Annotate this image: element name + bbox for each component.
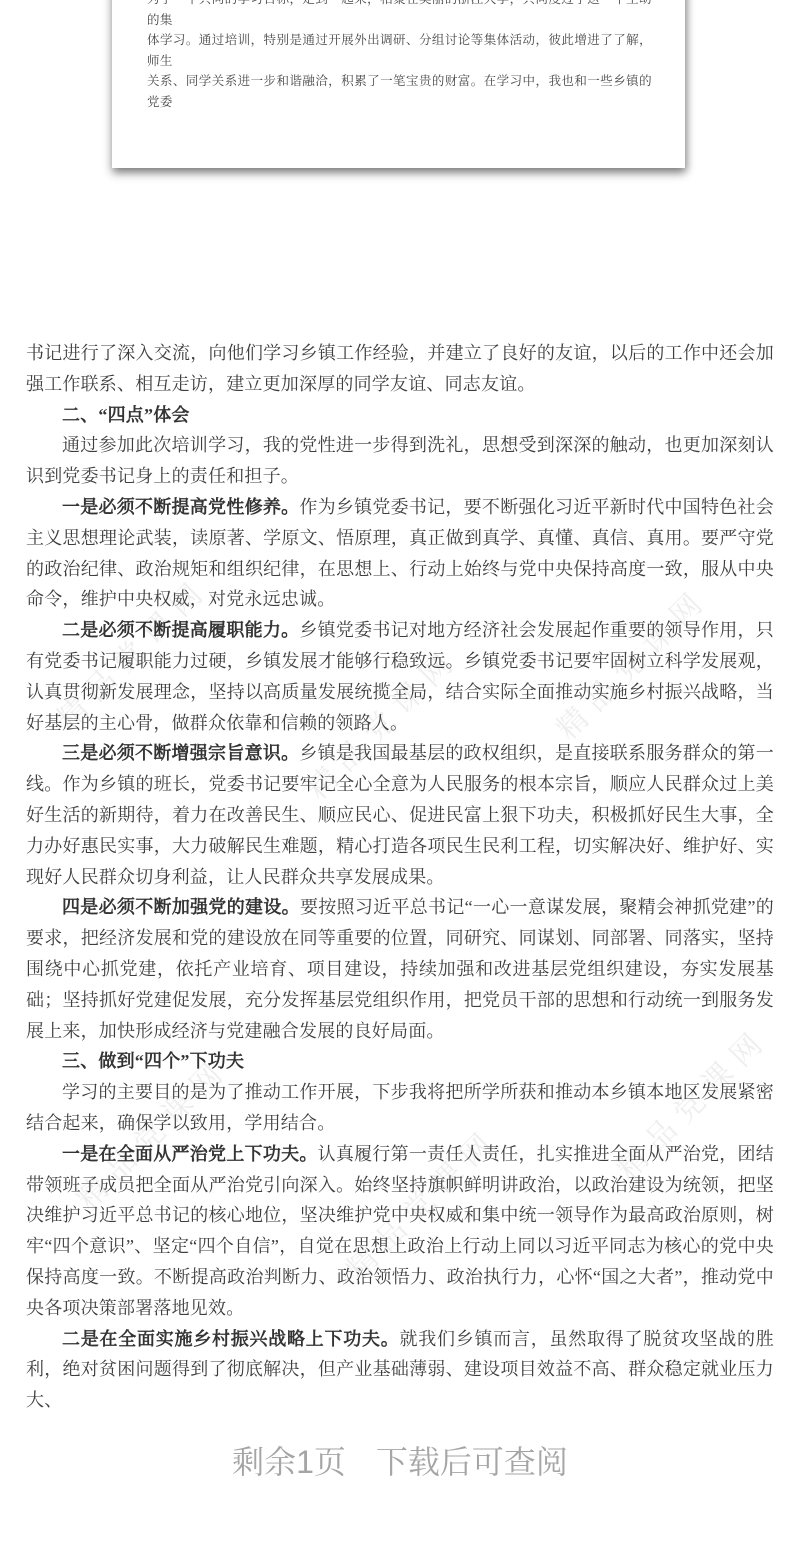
paragraph: 通过参加此次培训学习，我的党性进一步得到洗礼，思想受到深深的触动，也更加深刻认识… <box>26 430 774 492</box>
remaining-pages-notice: 剩余1页下载后可查阅 <box>0 1437 800 1483</box>
paragraph: 学习的主要目的是为了推动工作开展，下步我将把所学所获和推动本乡镇本地区发展紧密结… <box>26 1077 774 1139</box>
page-preview-text: 为了一个共同的学习目标，走到一起来，相聚在美丽的浙江大学，共同度过了这一个生动的… <box>112 0 685 112</box>
paragraph-lead: 二是必须不断提高履职能力。 <box>62 620 299 640</box>
preview-line: 体学习。通过培训，特别是通过开展外出调研、分组讨论等集体活动，彼此增进了了解，师… <box>147 30 652 71</box>
paragraph: 一是在全面从严治党上下功夫。认真履行第一责任人责任，扎实推进全面从严治党，团结带… <box>26 1139 774 1324</box>
download-to-view-hint: 下载后可查阅 <box>376 1444 568 1480</box>
paragraph: 二是必须不断提高履职能力。乡镇党委书记对地方经济社会发展起作重要的领导作用，只有… <box>26 615 774 738</box>
document-body: 书记进行了深入交流，向他们学习乡镇工作经验，并建立了良好的友谊，以后的工作中还会… <box>26 338 774 1416</box>
paragraph: 一是必须不断提高党性修养。作为乡镇党委书记，要不断强化习近平新时代中国特色社会主… <box>26 492 774 615</box>
paragraph-lead: 一是在全面从严治党上下功夫。 <box>62 1144 318 1164</box>
paragraph-lead: 一是必须不断提高党性修养。 <box>62 497 299 517</box>
paragraph: 四是必须不断加强党的建设。要按照习近平总书记“一心一意谋发展，聚精会神抓党建”的… <box>26 892 774 1046</box>
section-heading: 二、“四点”体会 <box>26 400 774 431</box>
paragraph-lead: 三是必须不断增强宗旨意识。 <box>62 743 299 763</box>
paragraph-lead: 二是在全面实施乡村振兴战略上下功夫。 <box>62 1329 400 1349</box>
section-heading: 三、做到“四个”下功夫 <box>26 1046 774 1077</box>
paragraph: 三是必须不断增强宗旨意识。乡镇是我国最基层的政权组织，是直接联系服务群众的第一线… <box>26 738 774 892</box>
page-preview-card: 为了一个共同的学习目标，走到一起来，相聚在美丽的浙江大学，共同度过了这一个生动的… <box>112 0 685 168</box>
preview-line: 为了一个共同的学习目标，走到一起来，相聚在美丽的浙江大学，共同度过了这一个生动的… <box>147 0 652 30</box>
paragraph: 书记进行了深入交流，向他们学习乡镇工作经验，并建立了良好的友谊，以后的工作中还会… <box>26 338 774 400</box>
paragraph-lead: 四是必须不断加强党的建设。 <box>62 897 300 917</box>
preview-line: 关系、同学关系进一步和谐融洽，积累了一笔宝贵的财富。在学习中，我也和一些乡镇的党… <box>147 71 652 112</box>
remaining-pages-count: 剩余1页 <box>232 1444 346 1480</box>
paragraph: 二是在全面实施乡村振兴战略上下功夫。就我们乡镇而言，虽然取得了脱贫攻坚战的胜利，… <box>26 1324 774 1416</box>
